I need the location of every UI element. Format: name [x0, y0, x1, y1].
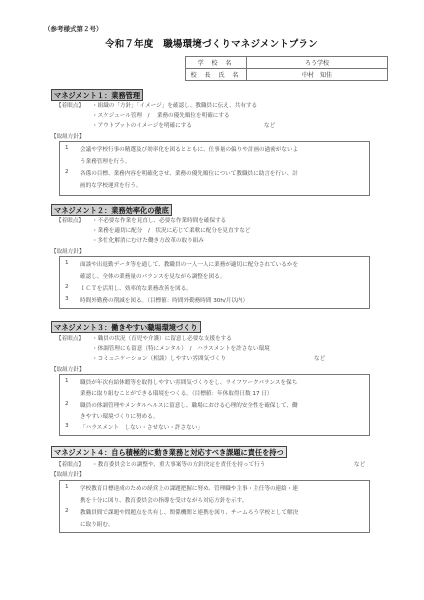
principal-name-label: 校 長 氏 名 — [186, 69, 247, 81]
section-2-viewpoint-label: 【着眼点】 — [56, 216, 84, 224]
policy-line: 会議や学校行事の精選及び効率化を図るとともに、仕事量の偏りや計画の過密がないよ — [80, 145, 298, 153]
section-4-viewpoint-1: ・教育委員会との調整や、重大事案等の方針決定を責任を持って行う — [92, 460, 265, 468]
policy-num: 3 — [65, 296, 69, 302]
policy-line: 面談や出退勤データ等を通して、教職員の一人一人に業務が適切に配分されているかを — [80, 260, 298, 268]
policy-num: 1 — [65, 260, 69, 266]
section-2-viewpoint-2: ・業務を適切に配分 / 状況に応じて柔軟に配分を見直すなど — [92, 226, 251, 234]
school-name-row: 学 校 名 ろう学校 — [186, 57, 388, 69]
policy-line: 職員の体調管理やメンタルヘルスに留意し、職場における心理的安全性を確保して、働 — [80, 401, 298, 409]
section-4-policy-label: 【取組方針】 — [51, 470, 85, 478]
section-2-policy-label: 【取組方針】 — [51, 247, 85, 255]
policy-line: う業務管理を行う。 — [80, 157, 130, 165]
section-3-heading: マネジメント３：働きやすい職場環境づくり — [51, 321, 201, 333]
section-4-etc: など — [354, 460, 365, 468]
section-3-policy-box: 1 職員が年次有給休暇等を取得しやすい雰囲気づくりをし、ライフワークバランスを保… — [59, 374, 370, 436]
policy-line: 画的な学校運営を行う。 — [80, 181, 142, 189]
form-number: （参考様式第２号） — [44, 24, 103, 33]
policy-line: 学校教育目標達成のための経営上の課題把握に努め、管理職や主事・主任等の連絡・連 — [80, 484, 298, 492]
policy-line: 携を十分に図り、教育委員会の指導を受けながら対応方針を示す。 — [80, 496, 247, 504]
section-3-viewpoint-2: ・体調管理にも留意（特にメンタル） / ハラスメントを許さない環境 — [92, 344, 270, 352]
school-info-table: 学 校 名 ろう学校 校 長 氏 名 中村 知佳 — [185, 56, 388, 81]
policy-line: に取り組む。 — [80, 520, 114, 528]
section-3-viewpoint-3: ・コミュニケーション（相談）しやすい雰囲気づくり — [92, 354, 226, 362]
policy-line: 確認し、全体の業務量のバランスを見ながら調整を図る。 — [80, 272, 225, 280]
school-name-value: ろう学校 — [247, 57, 388, 69]
policy-line: 時間外勤務の削減を図る。（目標値：時間外勤務時間 30h/月以内） — [80, 296, 248, 304]
policy-num: 2 — [65, 169, 69, 175]
policy-line: 業務に取り組むことができる環境をつくる。（目標値：年休取得日数 17 日） — [80, 389, 272, 397]
policy-num: 3 — [65, 423, 69, 429]
page-title: 令和７年度 職場環境づくりマネジメントプラン — [105, 36, 318, 50]
section-4-heading: マネジメント４：自ら積極的に動き業務と対応すべき課題に責任を持つ — [51, 446, 287, 458]
section-1-policy-label: 【取組方針】 — [51, 132, 85, 140]
section-1-policy-box: 1 会議や学校行事の精選及び効率化を図るとともに、仕事量の偏りや計画の過密がない… — [59, 141, 370, 196]
section-3-policy-label: 【取組方針】 — [51, 365, 85, 373]
section-2-heading: マネジメント２：業務効率化の徹底 — [51, 204, 172, 216]
policy-line: 各係の目標、業務内容を明確化させ、業務の優先順位について教職員に助言を行い、計 — [80, 169, 298, 177]
section-1-viewpoint-2: ・スケジュール管理 / 業務の優先順位を明確にする — [92, 111, 230, 119]
section-1-viewpoint-3: ・アウトプットのイメージを明確にする — [92, 121, 192, 129]
section-3-etc: など — [314, 354, 325, 362]
policy-num: 2 — [65, 508, 69, 514]
policy-line: 職員が年次有給休暇等を取得しやすい雰囲気づくりをし、ライフワークバランスを保ち — [80, 378, 297, 386]
section-2-policy-box: 1 面談や出退勤データ等を通して、教職員の一人一人に業務が適切に配分されているか… — [59, 256, 370, 309]
policy-num: 2 — [65, 401, 69, 407]
policy-num: 1 — [65, 145, 69, 151]
section-1-viewpoint-label: 【着眼点】 — [56, 101, 84, 109]
policy-num: 2 — [65, 284, 69, 290]
section-2-viewpoint-1: ・不必要な作業を見直し、必要な作業時間を確保する — [92, 216, 226, 224]
policy-line: 教職員間で課題や問題点を共有し、関係機関と連携を図り、チームろう学校として解決 — [80, 508, 298, 516]
section-3-viewpoint-1: ・職員の状況（育児や介護）に留意し必要な支援をする — [92, 334, 232, 342]
policy-num: 1 — [65, 484, 69, 490]
policy-line: 「ハラスメント しない・させない・許さない」 — [80, 423, 203, 431]
policy-line: きやすい環境づくりに努める。 — [80, 412, 158, 420]
section-4-viewpoint-label: 【着眼点】 — [56, 460, 84, 468]
section-1-viewpoint-1: ・組織の「方針」「イメージ」を確認し、教職員に伝え、共有する — [92, 101, 257, 109]
section-2-viewpoint-3: ・多忙化解消にむけた働き方改革の取り組み — [92, 236, 204, 244]
principal-name-row: 校 長 氏 名 中村 知佳 — [186, 69, 388, 81]
section-4-policy-box: 1 学校教育目標達成のための経営上の課題把握に努め、管理職や主事・主任等の連絡・… — [59, 480, 370, 533]
policy-line: ＩＣＴを活用し、効率的な業務改善を図る。 — [80, 284, 192, 292]
section-1-heading: マネジメント１：業務管理 — [51, 89, 143, 101]
section-3-viewpoint-label: 【着眼点】 — [56, 334, 84, 342]
section-1-etc: など — [264, 121, 275, 129]
policy-num: 1 — [65, 378, 69, 384]
principal-name-value: 中村 知佳 — [247, 69, 388, 81]
school-name-label: 学 校 名 — [186, 57, 247, 69]
